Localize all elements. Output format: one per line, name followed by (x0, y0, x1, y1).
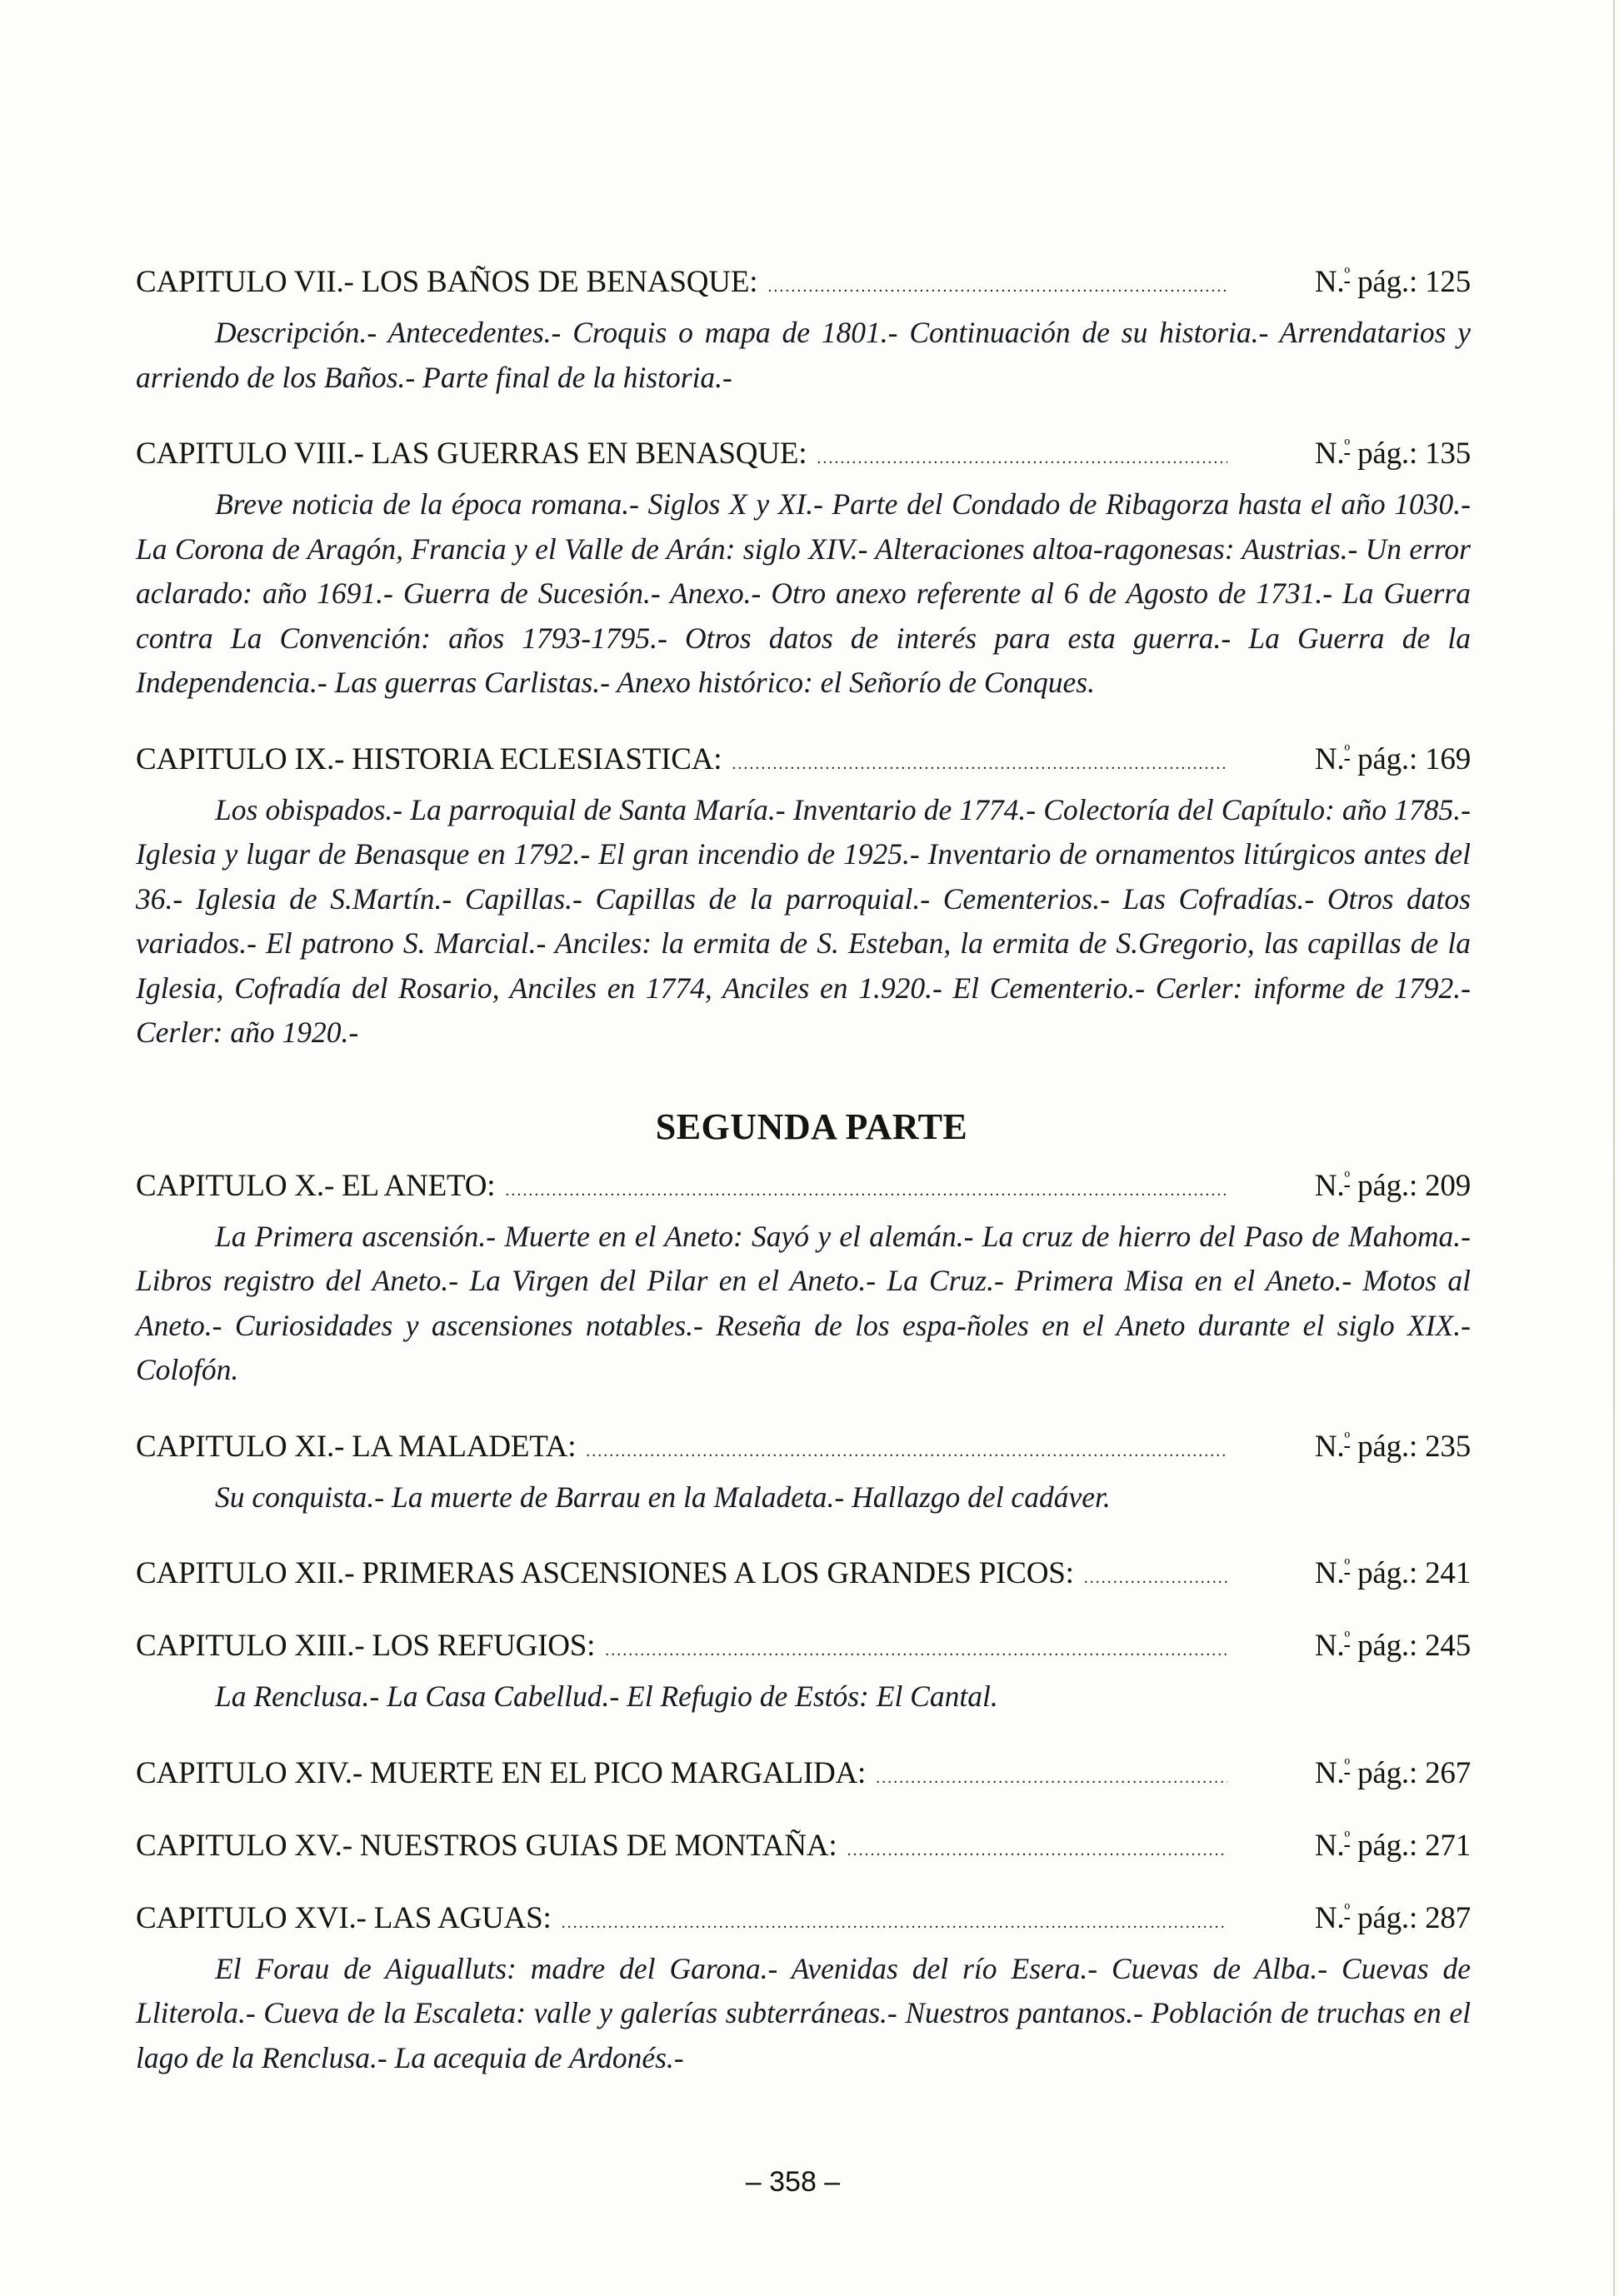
page-label-prefix: N. (1315, 1169, 1345, 1203)
toc-entry: CAPITULO XII.- PRIMERAS ASCENSIONES A LO… (136, 1545, 1471, 1599)
page-reference: N.º pág.: 135 (1282, 425, 1471, 475)
dot-leader (1084, 1557, 1227, 1599)
table-of-contents: CAPITULO VII.- LOS BAÑOS DE BENASQUE:N.º… (136, 253, 1471, 2105)
chapter-title: CAPITULO XI.- LA MALADETA: (136, 1426, 576, 1468)
page-reference: N.º pág.: 271 (1282, 1817, 1471, 1867)
chapter-description: Su conquista.- La muerte de Barrau en la… (136, 1475, 1471, 1520)
chapter-line: CAPITULO VIII.- LAS GUERRAS EN BENASQUE:… (136, 425, 1471, 479)
dot-leader (605, 1630, 1227, 1671)
chapter-line: CAPITULO XV.- NUESTROS GUIAS DE MONTAÑA:… (136, 1817, 1471, 1871)
chapter-description: La Primera ascensión.- Muerte en el Anet… (136, 1215, 1471, 1393)
chapter-title: CAPITULO IX.- HISTORIA ECLESIASTICA: (136, 739, 722, 781)
page-label-suffix: pág.: (1350, 1169, 1425, 1203)
dot-leader (586, 1430, 1227, 1472)
page-label-suffix: pág.: (1350, 1829, 1425, 1863)
dot-leader (732, 743, 1227, 785)
page-reference: N.º pág.: 241 (1282, 1545, 1471, 1595)
chapter-line: CAPITULO XI.- LA MALADETA:N.º pág.: 235 (136, 1418, 1471, 1472)
page-label-prefix: N. (1315, 1756, 1345, 1790)
page-number-value: 287 (1425, 1901, 1471, 1935)
page-reference: N.º pág.: 209 (1282, 1157, 1471, 1207)
chapter-title: CAPITULO VIII.- LAS GUERRAS EN BENASQUE: (136, 433, 807, 475)
toc-entry: CAPITULO XVI.- LAS AGUAS:N.º pág.: 287El… (136, 1889, 1471, 2081)
page-number-value: 271 (1425, 1829, 1471, 1863)
page-label-prefix: N. (1315, 1629, 1345, 1663)
chapter-title: CAPITULO XVI.- LAS AGUAS: (136, 1898, 552, 1939)
toc-entry: CAPITULO XIII.- LOS REFUGIOS:N.º pág.: 2… (136, 1617, 1471, 1720)
page-label-suffix: pág.: (1350, 1756, 1425, 1790)
dot-leader (767, 266, 1227, 307)
page-number: – 358 – (0, 2166, 1619, 2199)
page-label-prefix: N. (1315, 265, 1345, 299)
dot-leader (817, 437, 1227, 479)
chapter-description: Los obispados.- La parroquial de Santa M… (136, 788, 1471, 1056)
dot-leader (876, 1757, 1227, 1799)
page-label-suffix: pág.: (1350, 265, 1425, 299)
page-label-prefix: N. (1315, 1829, 1345, 1863)
chapter-title: CAPITULO XIV.- MUERTE EN EL PICO MARGALI… (136, 1753, 866, 1794)
chapter-line: CAPITULO X.- EL ANETO:N.º pág.: 209 (136, 1157, 1471, 1211)
page-reference: N.º pág.: 287 (1282, 1889, 1471, 1939)
toc-entry: CAPITULO VII.- LOS BAÑOS DE BENASQUE:N.º… (136, 253, 1471, 400)
page-label-prefix: N. (1315, 742, 1345, 776)
page-number-value: 125 (1425, 265, 1471, 299)
chapter-title: CAPITULO VII.- LOS BAÑOS DE BENASQUE: (136, 262, 757, 303)
chapter-line: CAPITULO XIV.- MUERTE EN EL PICO MARGALI… (136, 1744, 1471, 1799)
page-number-value: 169 (1425, 742, 1471, 776)
page-label-suffix: pág.: (1350, 1430, 1425, 1464)
toc-entry: CAPITULO VIII.- LAS GUERRAS EN BENASQUE:… (136, 425, 1471, 706)
chapter-description: La Renclusa.- La Casa Cabellud.- El Refu… (136, 1675, 1471, 1720)
toc-entry: CAPITULO XIV.- MUERTE EN EL PICO MARGALI… (136, 1744, 1471, 1799)
page-label-suffix: pág.: (1350, 1629, 1425, 1663)
page-reference: N.º pág.: 235 (1282, 1418, 1471, 1468)
page-reference: N.º pág.: 169 (1282, 731, 1471, 781)
toc-entry: CAPITULO X.- EL ANETO:N.º pág.: 209La Pr… (136, 1157, 1471, 1393)
chapter-title: CAPITULO XII.- PRIMERAS ASCENSIONES A LO… (136, 1553, 1074, 1595)
page-number-value: 209 (1425, 1169, 1471, 1203)
chapter-description: Descripción.- Antecedentes.- Croquis o m… (136, 311, 1471, 400)
toc-entry: CAPITULO IX.- HISTORIA ECLESIASTICA:N.º … (136, 731, 1471, 1056)
page-label-suffix: pág.: (1350, 742, 1425, 776)
page-label-suffix: pág.: (1350, 1556, 1425, 1590)
chapter-line: CAPITULO XII.- PRIMERAS ASCENSIONES A LO… (136, 1545, 1471, 1599)
page-label-prefix: N. (1315, 1556, 1345, 1590)
page-edge-shadow (1613, 0, 1615, 2296)
page-number-value: 245 (1425, 1629, 1471, 1663)
toc-entry: CAPITULO XI.- LA MALADETA:N.º pág.: 235S… (136, 1418, 1471, 1520)
page-label-prefix: N. (1315, 1901, 1345, 1935)
chapter-line: CAPITULO VII.- LOS BAÑOS DE BENASQUE:N.º… (136, 253, 1471, 307)
page-label-prefix: N. (1315, 437, 1345, 471)
chapter-title: CAPITULO XIII.- LOS REFUGIOS: (136, 1625, 595, 1667)
toc-entry: CAPITULO XV.- NUESTROS GUIAS DE MONTAÑA:… (136, 1817, 1471, 1871)
page-label-prefix: N. (1315, 1430, 1345, 1464)
chapter-line: CAPITULO XIII.- LOS REFUGIOS:N.º pág.: 2… (136, 1617, 1471, 1671)
page-number-value: 235 (1425, 1430, 1471, 1464)
dot-leader (562, 1902, 1227, 1944)
page-reference: N.º pág.: 245 (1282, 1617, 1471, 1667)
page-label-suffix: pág.: (1350, 437, 1425, 471)
chapter-line: CAPITULO IX.- HISTORIA ECLESIASTICA:N.º … (136, 731, 1471, 785)
page-reference: N.º pág.: 267 (1282, 1744, 1471, 1794)
dot-leader (505, 1170, 1227, 1211)
chapter-title: CAPITULO X.- EL ANETO: (136, 1165, 495, 1207)
page-number-value: 241 (1425, 1556, 1471, 1590)
page-label-suffix: pág.: (1350, 1901, 1425, 1935)
page-reference: N.º pág.: 125 (1282, 253, 1471, 303)
chapter-title: CAPITULO XV.- NUESTROS GUIAS DE MONTAÑA: (136, 1825, 837, 1867)
page-number-value: 135 (1425, 437, 1471, 471)
page-number-value: 267 (1425, 1756, 1471, 1790)
chapter-description: El Forau de Aigualluts: madre del Garona… (136, 1947, 1471, 2081)
part-heading: SEGUNDA PARTE (136, 1102, 1471, 1152)
chapter-description: Breve noticia de la época romana.- Siglo… (136, 482, 1471, 706)
chapter-line: CAPITULO XVI.- LAS AGUAS:N.º pág.: 287 (136, 1889, 1471, 1944)
dot-leader (847, 1829, 1227, 1871)
